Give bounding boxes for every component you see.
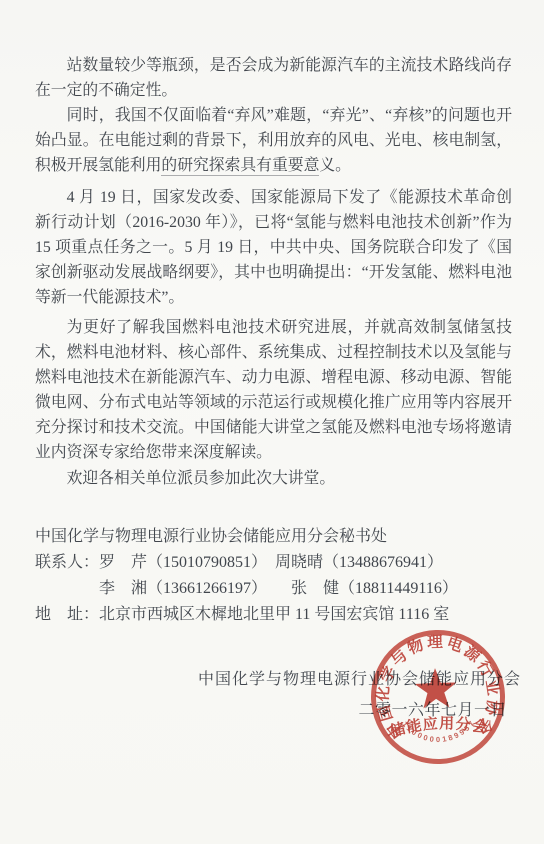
paragraph-2-tail: 义。 — [319, 157, 351, 174]
scanned-document-page: 站数量较少等瓶颈，是否会成为新能源汽车的主流技术路线尚存在一定的不确定性。 同时… — [0, 0, 544, 844]
official-seal-stamp: 中国化学与物理电源行业协会 储能应用分会 1100000189957 — [367, 626, 510, 769]
document-body: 站数量较少等瓶颈，是否会成为新能源汽车的主流技术路线尚存在一定的不确定性。 同时… — [35, 0, 512, 628]
paragraph-4: 为更好了解我国燃料电池技术研究进展，并就高效制氢储氢技术，燃料电池材料、核心部件… — [35, 315, 512, 465]
contacts-line-2: 李 湘（13661266197） 张 健（18811449116） — [35, 576, 512, 602]
underlined-phrase: 的研究探索具有重要意 — [161, 157, 319, 176]
paragraph-5: 欢迎各相关单位派员参加此次大讲堂。 — [35, 466, 512, 491]
address-line: 地 址：北京市西城区木樨地北里甲 11 号国宏宾馆 1116 室 — [35, 602, 512, 628]
contact-block: 中国化学与物理电源行业协会储能应用分会秘书处 联系人：罗 芹（150107908… — [35, 524, 512, 628]
paragraph-2: 同时，我国不仅面临着“弃风”难题，“弃光”、“弃核”的问题也开始凸显。在电能过剩… — [35, 103, 512, 178]
paragraph-3: 4 月 19 日，国家发改委、国家能源局下发了《能源技术革命创新行动计划（201… — [35, 185, 512, 310]
star-icon — [414, 667, 457, 708]
contacts-line-1: 联系人：罗 芹（15010790851） 周晓晴（13488676941） — [35, 550, 512, 576]
paragraph-1: 站数量较少等瓶颈，是否会成为新能源汽车的主流技术路线尚存在一定的不确定性。 — [35, 53, 512, 103]
seal-graphic: 中国化学与物理电源行业协会 储能应用分会 1100000189957 — [367, 626, 510, 769]
secretariat-line: 中国化学与物理电源行业协会储能应用分会秘书处 — [35, 524, 512, 550]
